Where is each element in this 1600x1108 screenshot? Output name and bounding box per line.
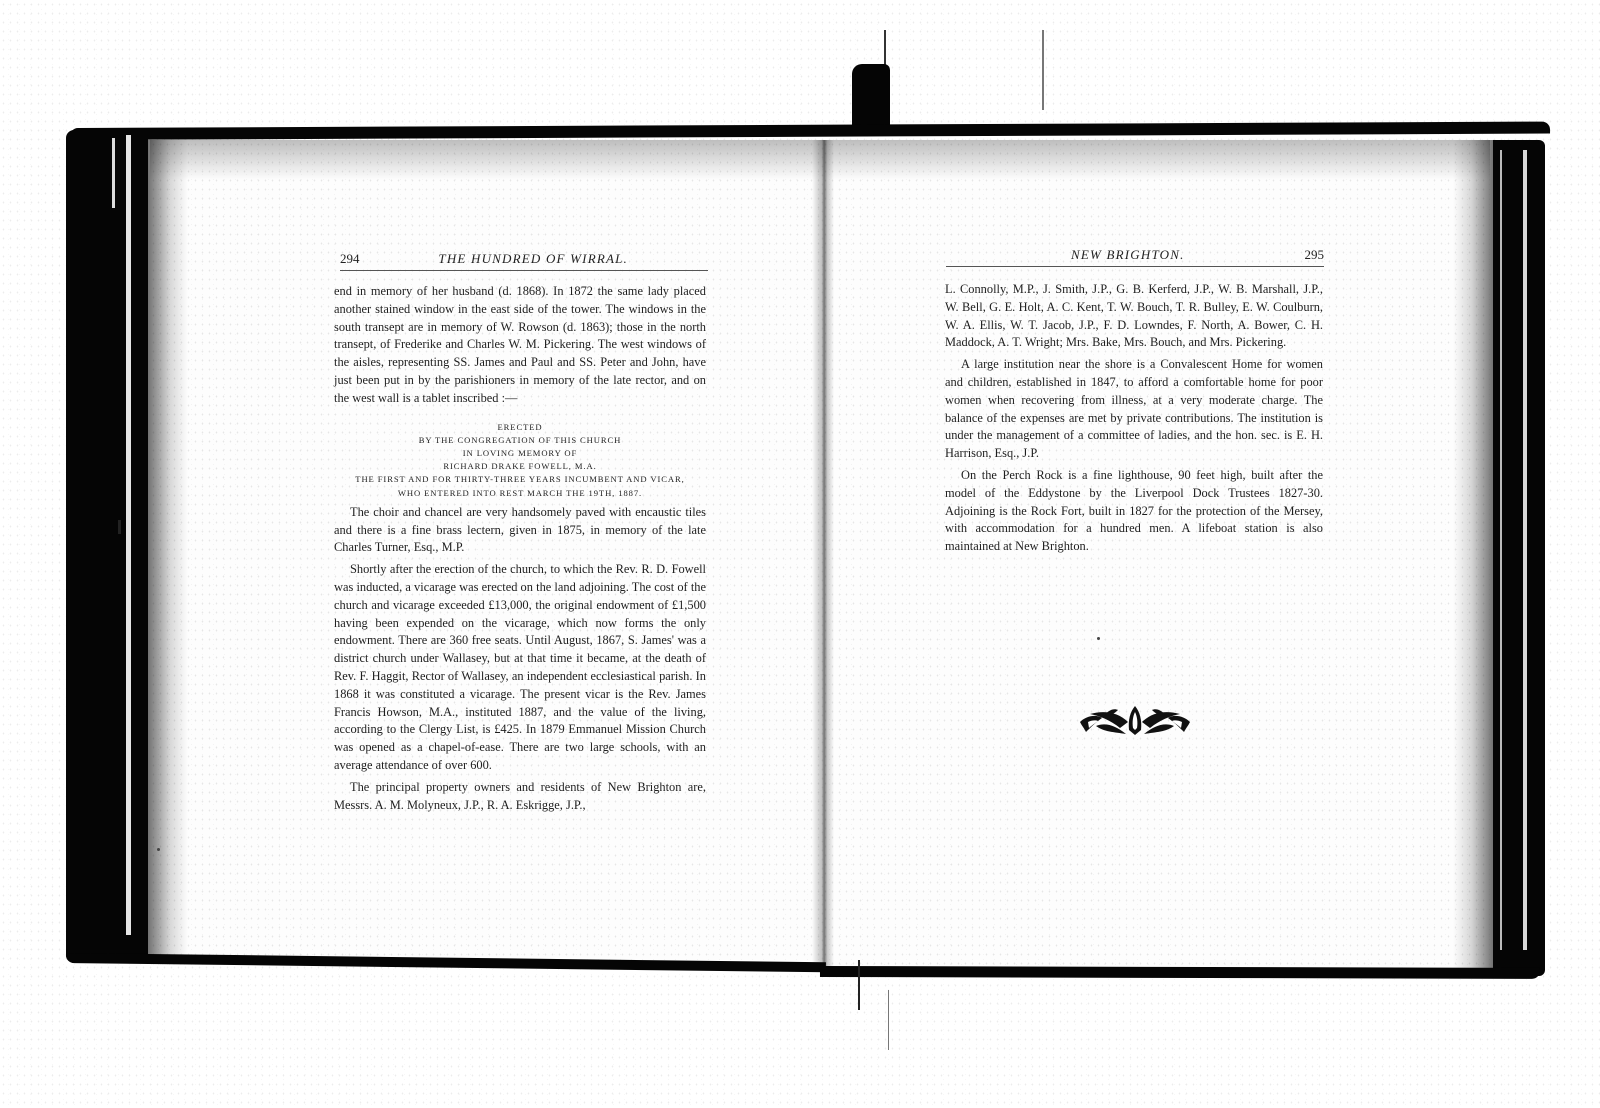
book-cover-bottom-edge-right [820,966,1540,979]
page-number: 295 [1305,247,1325,263]
paragraph: end in memory of her husband (d. 1868). … [334,283,706,408]
scan-artifact [1097,637,1100,640]
cover-highlight [126,135,131,935]
paragraph: On the Perch Rock is a fine lighthouse, … [945,467,1323,556]
scan-artifact [118,520,121,534]
running-title: THE HUNDRED OF WIRRAL. [438,251,628,267]
left-running-header: 294 THE HUNDRED OF WIRRAL. [340,251,708,271]
book-cover-left-edge [66,130,148,963]
scan-artifact [858,960,860,1010]
right-page-edge-shadow [1453,140,1493,968]
page-number: 294 [340,251,360,267]
inscription-line: BY THE CONGREGATION OF THIS CHURCH [334,434,706,447]
cover-highlight [1523,150,1527,950]
paragraph: The choir and chancel are very handsomel… [334,504,706,557]
ribbon-thread [1042,30,1044,110]
cover-highlight [112,138,115,208]
paragraph: A large institution near the shore is a … [945,356,1323,463]
cover-highlight [1500,150,1502,950]
left-page-edge-shadow [148,140,188,960]
inscription-line: IN LOVING MEMORY OF [334,447,706,460]
inscription-line: WHO ENTERED INTO REST MARCH THE 19TH, 18… [334,487,706,500]
right-page-body: L. Connolly, M.P., J. Smith, J.P., G. B.… [945,281,1323,556]
inscription-line: ERECTED [334,421,706,434]
book-cover-right-edge [1493,140,1545,976]
book-gutter [812,140,834,966]
paragraph: The principal property owners and reside… [334,779,706,815]
scan-artifact [888,990,889,1050]
inscription-line: RICHARD DRAKE FOWELL, M.A. [334,460,706,473]
memorial-inscription: ERECTED BY THE CONGREGATION OF THIS CHUR… [334,421,706,500]
floral-ornament-icon [1076,702,1194,738]
running-title: NEW BRIGHTON. [1071,247,1185,263]
paragraph: Shortly after the erection of the church… [334,561,706,775]
right-running-header: NEW BRIGHTON. 295 [946,247,1324,267]
inscription-line: THE FIRST AND FOR THIRTY-THREE YEARS INC… [334,473,706,486]
paragraph: L. Connolly, M.P., J. Smith, J.P., G. B.… [945,281,1323,352]
left-page-body: end in memory of her husband (d. 1868). … [334,283,706,814]
scan-artifact [157,848,160,851]
bookmark-thread [884,30,886,66]
